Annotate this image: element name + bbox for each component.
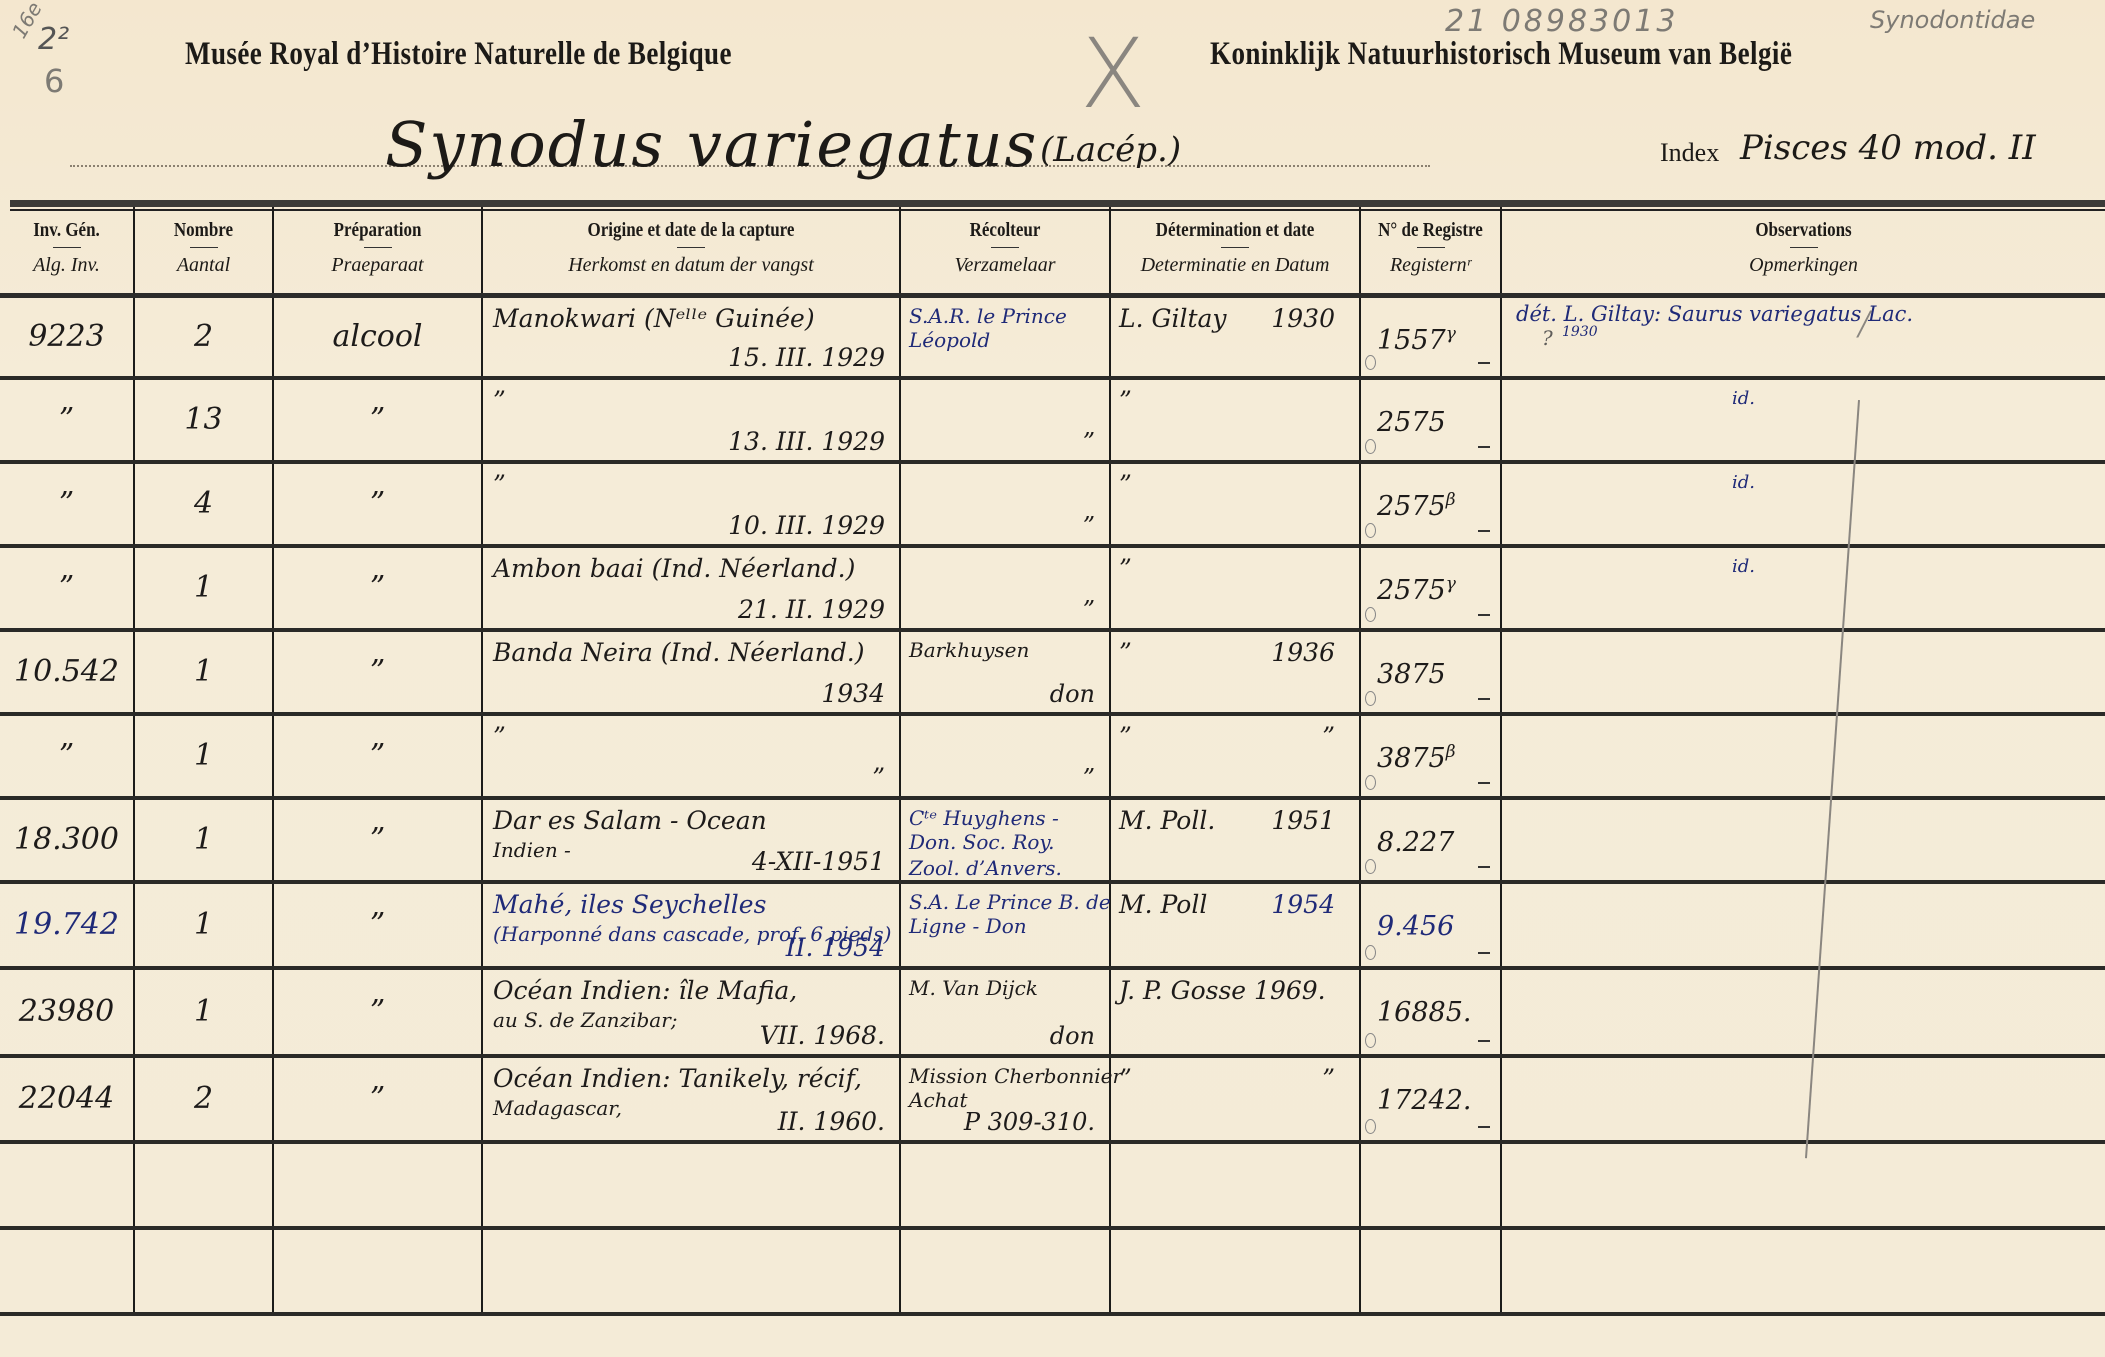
cell-preparation: ” xyxy=(273,462,482,546)
cell-origin: Mahé, iles Seychelles(Harponné dans casc… xyxy=(482,882,900,968)
species-author: (Lacép.) xyxy=(1040,130,1181,170)
capture-date: 1934 xyxy=(821,679,885,708)
cell-register: 16885. xyxy=(1360,968,1501,1056)
table-header-row: Inv. Gén.Alg. Inv. NombreAantal Préparat… xyxy=(0,207,2105,296)
species-name: Synodus variegatus xyxy=(385,108,1038,181)
capture-date: II. 1954 xyxy=(786,933,885,962)
dash-mark xyxy=(1478,446,1490,448)
cell-preparation xyxy=(273,1142,482,1228)
family-name: Synodontidae xyxy=(1870,6,2035,34)
cell-register: 2575β xyxy=(1360,462,1501,546)
pencil-circle-mark xyxy=(1365,523,1376,538)
observation-year: 1930 xyxy=(1562,324,1598,340)
cell-count: 1 xyxy=(134,630,273,714)
cell-determination: ”” xyxy=(1110,1056,1360,1142)
determiner: ” xyxy=(1119,638,1132,667)
register-number: 2575 xyxy=(1377,406,1446,438)
cell-count xyxy=(134,1142,273,1228)
determiner: J. P. Gosse 1969. xyxy=(1119,976,1326,1005)
cell-preparation: ” xyxy=(273,378,482,462)
origin-locality: Ambon baai (Ind. Néerland.) xyxy=(493,554,855,583)
catalog-card: 16e 2² 6 21 08983013 Synodontidae X Musé… xyxy=(0,0,2105,1357)
cell-collector: ” xyxy=(900,378,1110,462)
cell-observations xyxy=(1501,882,2105,968)
determination-year: ” xyxy=(1322,722,1335,751)
cell-preparation: ” xyxy=(273,546,482,630)
cell-collector: ” xyxy=(900,546,1110,630)
dash-mark xyxy=(1478,362,1490,364)
cell-collector: Barkhuysendon xyxy=(900,630,1110,714)
dash-mark xyxy=(1478,782,1490,784)
origin-locality: ” xyxy=(493,470,506,499)
origin-detail: Madagascar, xyxy=(493,1096,622,1120)
register-number: 9.456 xyxy=(1377,910,1454,942)
determiner: ” xyxy=(1119,386,1132,415)
cell-count: 1 xyxy=(134,798,273,882)
table-row xyxy=(0,1142,2105,1228)
origin-detail: au S. de Zanzibar; xyxy=(493,1008,678,1032)
cell-count: 13 xyxy=(134,378,273,462)
collector-note: ” xyxy=(1083,512,1095,540)
determiner: L. Giltay xyxy=(1119,304,1227,333)
cell-register: 17242. xyxy=(1360,1056,1501,1142)
cell-observations xyxy=(1501,968,2105,1056)
museum-name-french: Musée Royal d’Histoire Naturelle de Belg… xyxy=(185,36,732,73)
cell-observations: dét. L. Giltay: Saurus variegatus Lac.19… xyxy=(1501,296,2105,378)
cell-register xyxy=(1360,1228,1501,1314)
cell-collector: ” xyxy=(900,714,1110,798)
cell-preparation: alcool xyxy=(273,296,482,378)
cell-origin xyxy=(482,1228,900,1314)
capture-date: 4-XII-1951 xyxy=(752,847,885,876)
determiner: ” xyxy=(1119,470,1132,499)
capture-date: ” xyxy=(872,763,885,792)
capture-date: 15. III. 1929 xyxy=(728,343,885,372)
determination-year: ” xyxy=(1322,1064,1335,1093)
museum-name-dutch: Koninklijk Natuurhistorisch Museum van B… xyxy=(1210,36,1792,73)
cell-inventory: 9223 xyxy=(0,296,134,378)
table-row: 239801”Océan Indien: île Mafia,au S. de … xyxy=(0,968,2105,1056)
cell-determination: J. P. Gosse 1969. xyxy=(1110,968,1360,1056)
origin-locality: Manokwari (Nᵉˡˡᵉ Guinée) xyxy=(493,304,815,333)
cell-collector xyxy=(900,1228,1110,1314)
register-number: 2575γ xyxy=(1377,574,1456,606)
pencil-circle-mark xyxy=(1365,775,1376,790)
table-row: ”1””””””3875β xyxy=(0,714,2105,798)
dash-mark xyxy=(1478,866,1490,868)
register-number: 3875 xyxy=(1377,658,1446,690)
cell-inventory: 19.742 xyxy=(0,882,134,968)
cell-observations: id. xyxy=(1501,462,2105,546)
col-header-inventory: Inv. Gén.Alg. Inv. xyxy=(0,207,134,296)
specimen-table: Inv. Gén.Alg. Inv. NombreAantal Préparat… xyxy=(0,207,2105,1316)
cell-count: 1 xyxy=(134,968,273,1056)
cell-count: 1 xyxy=(134,546,273,630)
pencil-circle-mark xyxy=(1365,1119,1376,1134)
cell-origin: Banda Neira (Ind. Néerland.)1934 xyxy=(482,630,900,714)
cell-preparation: ” xyxy=(273,630,482,714)
collector-note: ” xyxy=(1083,428,1095,456)
cell-preparation: ” xyxy=(273,968,482,1056)
observation-note: dét. L. Giltay: Saurus variegatus Lac. xyxy=(1516,302,1913,326)
determiner: ” xyxy=(1119,1064,1132,1093)
cell-determination: ” xyxy=(1110,462,1360,546)
cell-count: 2 xyxy=(134,1056,273,1142)
cell-register xyxy=(1360,1142,1501,1228)
cell-register: 1557γ xyxy=(1360,296,1501,378)
register-number: 16885. xyxy=(1377,996,1471,1028)
collector-line-1: S.A. Le Prince B. de xyxy=(909,890,1111,914)
determiner: M. Poll. xyxy=(1119,806,1215,835)
cell-determination: ”1936 xyxy=(1110,630,1360,714)
cell-determination: ” xyxy=(1110,546,1360,630)
collector-note: ” xyxy=(1083,596,1095,624)
determiner: ” xyxy=(1119,554,1132,583)
cell-register: 9.456 xyxy=(1360,882,1501,968)
col-header-observations: ObservationsOpmerkingen xyxy=(1501,207,2105,296)
cell-observations xyxy=(1501,630,2105,714)
collector-line-2: Ligne - Don xyxy=(909,914,1027,938)
col-header-register: N° de RegistreRegisternʳ xyxy=(1360,207,1501,296)
collector-line-1: M. Van Dijck xyxy=(909,976,1038,1000)
cell-collector: M. Van Dijckdon xyxy=(900,968,1110,1056)
cell-inventory: 22044 xyxy=(0,1056,134,1142)
collector-note: don xyxy=(1050,1022,1095,1050)
determiner: M. Poll xyxy=(1119,890,1207,919)
cell-origin: Ambon baai (Ind. Néerland.)21. II. 1929 xyxy=(482,546,900,630)
cell-count xyxy=(134,1228,273,1314)
capture-date: VII. 1968. xyxy=(760,1021,885,1050)
capture-date: 13. III. 1929 xyxy=(728,427,885,456)
table-row: 19.7421”Mahé, iles Seychelles(Harponné d… xyxy=(0,882,2105,968)
cell-determination: M. Poll.1951 xyxy=(1110,798,1360,882)
dash-mark xyxy=(1478,530,1490,532)
cell-collector: S.A.R. le PrinceLéopold xyxy=(900,296,1110,378)
dash-mark xyxy=(1478,614,1490,616)
cross-mark: X xyxy=(1080,18,1146,130)
table-row: ”1”Ambon baai (Ind. Néerland.)21. II. 19… xyxy=(0,546,2105,630)
index-label: Index xyxy=(1660,138,1719,168)
cell-register: 2575 xyxy=(1360,378,1501,462)
collector-note: ” xyxy=(1083,764,1095,792)
cell-count: 2 xyxy=(134,296,273,378)
cell-observations xyxy=(1501,1142,2105,1228)
cell-preparation: ” xyxy=(273,1056,482,1142)
pencil-circle-mark xyxy=(1365,945,1376,960)
cell-origin: ”” xyxy=(482,714,900,798)
collector-note: P 309-310. xyxy=(964,1108,1095,1136)
register-number: 8.227 xyxy=(1377,826,1454,858)
cell-count: 1 xyxy=(134,714,273,798)
cell-preparation: ” xyxy=(273,798,482,882)
table-row: 92232alcoolManokwari (Nᵉˡˡᵉ Guinée)15. I… xyxy=(0,296,2105,378)
corner-note-bottom: 6 xyxy=(44,62,64,100)
cell-origin: Océan Indien: île Mafia,au S. de Zanziba… xyxy=(482,968,900,1056)
cell-collector: Mission CherbonnierAchatP 309-310. xyxy=(900,1056,1110,1142)
origin-locality: ” xyxy=(493,386,506,415)
observation-idem: id. xyxy=(1732,388,1755,409)
cell-origin: Manokwari (Nᵉˡˡᵉ Guinée)15. III. 1929 xyxy=(482,296,900,378)
determination-year: 1954 xyxy=(1271,890,1335,919)
pencil-circle-mark xyxy=(1365,607,1376,622)
header-rule-thick xyxy=(10,200,2105,207)
pencil-circle-mark xyxy=(1365,355,1376,370)
dash-mark xyxy=(1478,952,1490,954)
collector-line-1: Cᵗᵉ Huyghens - xyxy=(909,806,1059,830)
table-row: 220442”Océan Indien: Tanikely, récif,Mad… xyxy=(0,1056,2105,1142)
cell-origin: Dar es Salam - OceanIndien -4-XII-1951 xyxy=(482,798,900,882)
catalog-number: 21 08983013 xyxy=(1445,4,1678,39)
cell-observations xyxy=(1501,1056,2105,1142)
table-row xyxy=(0,1228,2105,1314)
cell-inventory: ” xyxy=(0,462,134,546)
cell-observations: id. xyxy=(1501,378,2105,462)
cell-origin: Océan Indien: Tanikely, récif,Madagascar… xyxy=(482,1056,900,1142)
cell-preparation xyxy=(273,1228,482,1314)
origin-detail: Indien - xyxy=(493,838,571,862)
cell-preparation: ” xyxy=(273,882,482,968)
cell-collector: Cᵗᵉ Huyghens -Don. Soc. Roy.Zool. d’Anve… xyxy=(900,798,1110,882)
register-number: 17242. xyxy=(1377,1084,1471,1116)
dash-mark xyxy=(1478,698,1490,700)
collector-line-2: Achat xyxy=(909,1088,968,1112)
collector-note: don xyxy=(1050,680,1095,708)
cell-inventory: ” xyxy=(0,378,134,462)
cell-observations xyxy=(1501,714,2105,798)
table-row: ”13””13. III. 1929””2575id. xyxy=(0,378,2105,462)
dash-mark xyxy=(1478,1126,1490,1128)
collector-line-2: Don. Soc. Roy. xyxy=(909,830,1054,854)
pencil-circle-mark xyxy=(1365,439,1376,454)
register-number: 2575β xyxy=(1377,490,1456,522)
cell-inventory: 18.300 xyxy=(0,798,134,882)
collector-line-2: Léopold xyxy=(909,328,990,352)
cell-determination: ” xyxy=(1110,378,1360,462)
cell-count: 1 xyxy=(134,882,273,968)
origin-locality: Banda Neira (Ind. Néerland.) xyxy=(493,638,864,667)
cell-register: 3875 xyxy=(1360,630,1501,714)
pencil-check-mark: / xyxy=(1858,300,1869,347)
origin-locality: Océan Indien: Tanikely, récif, xyxy=(493,1064,862,1093)
cell-origin xyxy=(482,1142,900,1228)
collector-line-1: Barkhuysen xyxy=(909,638,1029,662)
table-row: 10.5421”Banda Neira (Ind. Néerland.)1934… xyxy=(0,630,2105,714)
origin-locality: ” xyxy=(493,722,506,751)
col-header-determination: Détermination et dateDeterminatie en Dat… xyxy=(1110,207,1360,296)
cell-inventory xyxy=(0,1142,134,1228)
pencil-circle-mark xyxy=(1365,1033,1376,1048)
collector-line-1: Mission Cherbonnier xyxy=(909,1064,1122,1088)
cell-origin: ”10. III. 1929 xyxy=(482,462,900,546)
cell-preparation: ” xyxy=(273,714,482,798)
cell-register: 2575γ xyxy=(1360,546,1501,630)
register-number: 1557γ xyxy=(1377,324,1456,356)
cell-determination: ”” xyxy=(1110,714,1360,798)
table-row: 18.3001”Dar es Salam - OceanIndien -4-XI… xyxy=(0,798,2105,882)
cell-determination xyxy=(1110,1142,1360,1228)
cell-observations xyxy=(1501,1228,2105,1314)
cell-inventory xyxy=(0,1228,134,1314)
col-header-origin: Origine et date de la captureHerkomst en… xyxy=(482,207,900,296)
determiner: ” xyxy=(1119,722,1132,751)
register-number: 3875β xyxy=(1377,742,1456,774)
cell-register: 3875β xyxy=(1360,714,1501,798)
observation-idem: id. xyxy=(1732,472,1755,493)
cell-inventory: ” xyxy=(0,714,134,798)
cell-register: 8.227 xyxy=(1360,798,1501,882)
observation-question-mark: ? xyxy=(1542,326,1553,350)
determination-year: 1930 xyxy=(1271,304,1335,333)
pencil-circle-mark xyxy=(1365,691,1376,706)
origin-locality: Océan Indien: île Mafia, xyxy=(493,976,797,1005)
cell-origin: ”13. III. 1929 xyxy=(482,378,900,462)
collector-line-1: S.A.R. le Prince xyxy=(909,304,1067,328)
cell-inventory: 23980 xyxy=(0,968,134,1056)
index-value: Pisces 40 mod. II xyxy=(1740,128,2036,168)
col-header-collector: RécolteurVerzamelaar xyxy=(900,207,1110,296)
cell-inventory: 10.542 xyxy=(0,630,134,714)
cell-determination xyxy=(1110,1228,1360,1314)
cell-collector xyxy=(900,1142,1110,1228)
corner-note-mid: 2² xyxy=(38,22,69,57)
collector-line-3: Zool. d’Anvers. xyxy=(909,856,1062,880)
cell-determination: L. Giltay1930 xyxy=(1110,296,1360,378)
capture-date: 10. III. 1929 xyxy=(728,511,885,540)
capture-date: II. 1960. xyxy=(778,1107,885,1136)
origin-locality: Dar es Salam - Ocean xyxy=(493,806,767,835)
observation-idem: id. xyxy=(1732,556,1755,577)
pencil-circle-mark xyxy=(1365,859,1376,874)
cell-inventory: ” xyxy=(0,546,134,630)
cell-observations xyxy=(1501,798,2105,882)
table-row: ”4””10. III. 1929””2575βid. xyxy=(0,462,2105,546)
origin-locality: Mahé, iles Seychelles xyxy=(493,890,766,919)
col-header-count: NombreAantal xyxy=(134,207,273,296)
cell-count: 4 xyxy=(134,462,273,546)
capture-date: 21. II. 1929 xyxy=(738,595,885,624)
determination-year: 1951 xyxy=(1271,806,1335,835)
dash-mark xyxy=(1478,1040,1490,1042)
cell-collector: ” xyxy=(900,462,1110,546)
cell-observations: id. xyxy=(1501,546,2105,630)
cell-determination: M. Poll1954 xyxy=(1110,882,1360,968)
cell-collector: S.A. Le Prince B. deLigne - Don xyxy=(900,882,1110,968)
determination-year: 1936 xyxy=(1271,638,1335,667)
col-header-preparation: PréparationPraeparaat xyxy=(273,207,482,296)
